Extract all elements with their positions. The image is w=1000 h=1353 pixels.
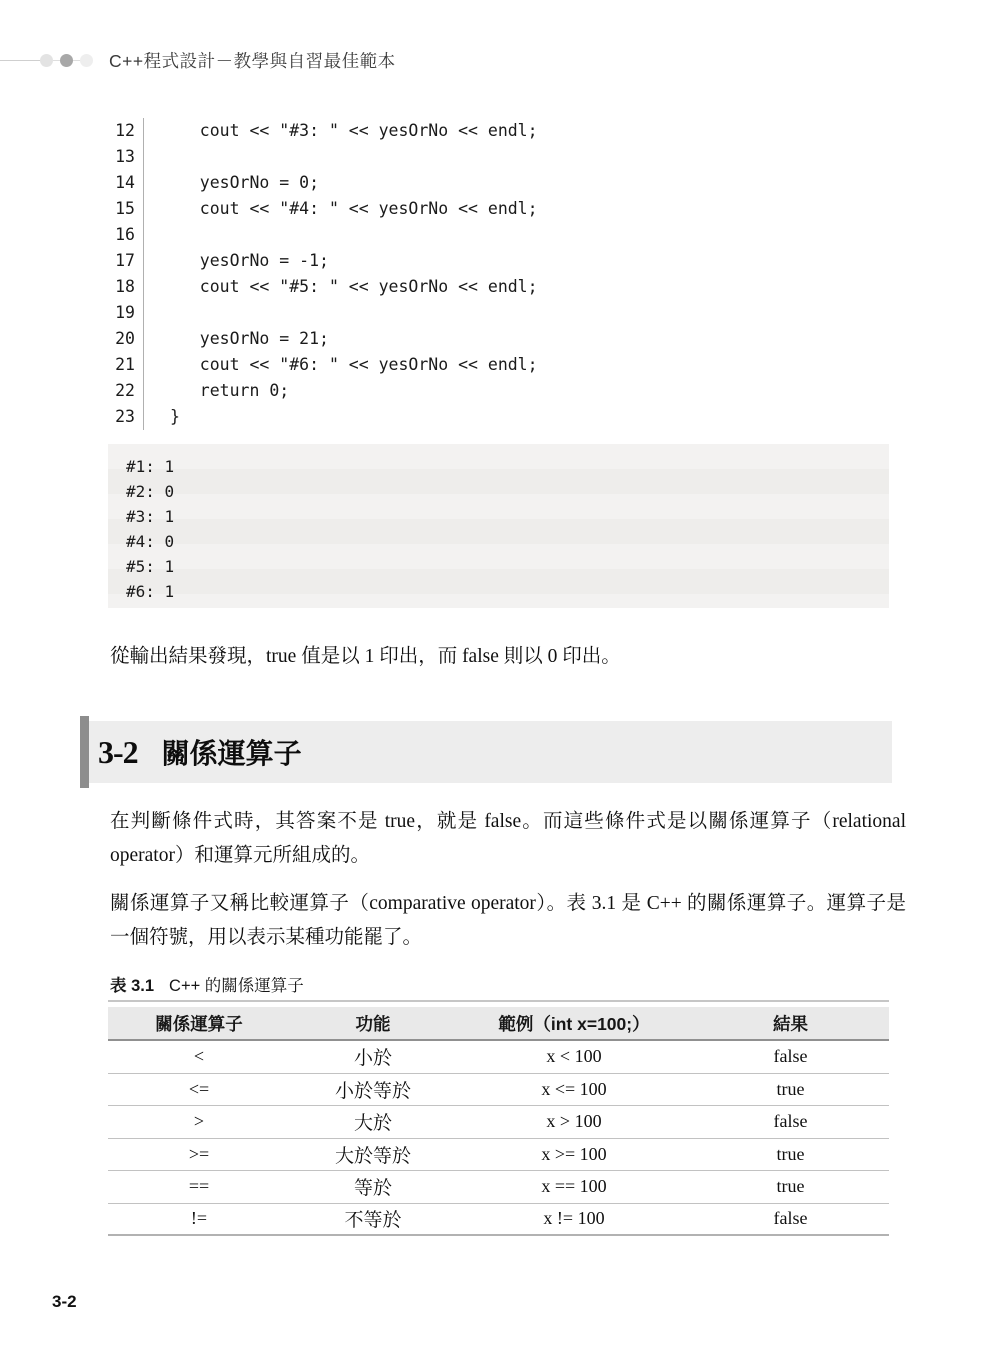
- code-line: 19: [110, 300, 538, 326]
- header-rule: [0, 60, 40, 61]
- result-cell: true: [692, 1176, 889, 1197]
- header-dot-icon: [40, 54, 53, 67]
- output-line: #1: 1: [126, 454, 889, 479]
- operator-cell: >=: [108, 1144, 290, 1165]
- operator-cell: <=: [108, 1079, 290, 1100]
- line-number: 23: [110, 404, 144, 430]
- table-row: < 小於 x < 100 false: [108, 1041, 889, 1074]
- section-heading: 3-2 關係運算子: [89, 721, 892, 783]
- operator-cell: !=: [108, 1208, 290, 1229]
- table-row: >= 大於等於 x >= 100 true: [108, 1139, 889, 1172]
- header-dash: [73, 60, 80, 61]
- program-output-block: #1: 1 #2: 0 #3: 1 #4: 0 #5: 1 #6: 1: [108, 444, 889, 608]
- table-row: == 等於 x == 100 true: [108, 1171, 889, 1204]
- result-cell: true: [692, 1079, 889, 1100]
- example-cell: x != 100: [456, 1208, 692, 1229]
- output-line: #5: 1: [126, 554, 889, 579]
- line-number: 12: [110, 118, 144, 144]
- result-cell: false: [692, 1208, 889, 1229]
- line-number: 19: [110, 300, 144, 326]
- code-line: 12 cout << "#3: " << yesOrNo << endl;: [110, 118, 538, 144]
- line-number: 14: [110, 170, 144, 196]
- code-line: 13: [110, 144, 538, 170]
- table-row: > 大於 x > 100 false: [108, 1106, 889, 1139]
- header-dot-icon: [80, 54, 93, 67]
- code-line: 22 return 0;: [110, 378, 538, 404]
- output-line: #4: 0: [126, 529, 889, 554]
- code-line: 18 cout << "#5: " << yesOrNo << endl;: [110, 274, 538, 300]
- line-number: 16: [110, 222, 144, 248]
- code-text: yesOrNo = 21;: [144, 326, 329, 352]
- relational-operators-table: 關係運算子 功能 範例（int x=100;） 結果 < 小於 x < 100 …: [108, 1000, 889, 1236]
- example-cell: x >= 100: [456, 1144, 692, 1165]
- code-line: 21 cout << "#6: " << yesOrNo << endl;: [110, 352, 538, 378]
- line-number: 17: [110, 248, 144, 274]
- table-header-row: 關係運算子 功能 範例（int x=100;） 結果: [108, 1007, 889, 1041]
- function-cell: 大於等於: [290, 1141, 456, 1168]
- result-cell: false: [692, 1046, 889, 1067]
- code-line: 20 yesOrNo = 21;: [110, 326, 538, 352]
- example-cell: x == 100: [456, 1176, 692, 1197]
- code-text: cout << "#5: " << yesOrNo << endl;: [144, 274, 538, 300]
- line-number: 22: [110, 378, 144, 404]
- paragraph-intro-1: 在判斷條件式時，其答案不是 true，就是 false。而這些條件式是以關係運算…: [110, 805, 906, 873]
- output-line: #3: 1: [126, 504, 889, 529]
- section-title: 關係運算子: [162, 732, 302, 772]
- code-line: 17 yesOrNo = -1;: [110, 248, 538, 274]
- result-cell: false: [692, 1111, 889, 1132]
- code-text: [144, 144, 170, 170]
- table-caption: 表 3.1 C++ 的關係運算子: [110, 972, 304, 996]
- function-cell: 等於: [290, 1173, 456, 1200]
- operator-cell: <: [108, 1046, 290, 1067]
- column-header: 關係運算子: [108, 1011, 290, 1036]
- table-caption-label: 表 3.1: [110, 972, 154, 996]
- section-number: 3-2: [98, 734, 138, 771]
- section-heading-bar: [80, 716, 89, 788]
- result-cell: true: [692, 1144, 889, 1165]
- code-text: cout << "#6: " << yesOrNo << endl;: [144, 352, 538, 378]
- code-text: [144, 222, 170, 248]
- example-cell: x > 100: [456, 1111, 692, 1132]
- code-text: cout << "#3: " << yesOrNo << endl;: [144, 118, 538, 144]
- operator-cell: ==: [108, 1176, 290, 1197]
- page-number: 3-2: [52, 1292, 77, 1312]
- header-dot-icon: [60, 54, 73, 67]
- line-number: 15: [110, 196, 144, 222]
- code-text: cout << "#4: " << yesOrNo << endl;: [144, 196, 538, 222]
- table-caption-text: C++ 的關係運算子: [169, 972, 304, 996]
- header-dash: [53, 60, 60, 61]
- operator-cell: >: [108, 1111, 290, 1132]
- code-text: yesOrNo = -1;: [144, 248, 329, 274]
- output-line: #2: 0: [126, 479, 889, 504]
- table-row: <= 小於等於 x <= 100 true: [108, 1074, 889, 1107]
- function-cell: 小於: [290, 1043, 456, 1070]
- code-line: 15 cout << "#4: " << yesOrNo << endl;: [110, 196, 538, 222]
- column-header: 範例（int x=100;）: [456, 1011, 692, 1036]
- book-title: C++程式設計－教學與自習最佳範本: [109, 48, 396, 73]
- line-number: 21: [110, 352, 144, 378]
- paragraph-intro-2: 關係運算子又稱比較運算子（comparative operator）。表 3.1…: [110, 887, 906, 955]
- code-text: [144, 300, 170, 326]
- output-line: #6: 1: [126, 579, 889, 604]
- code-text: return 0;: [144, 378, 289, 404]
- code-text: yesOrNo = 0;: [144, 170, 319, 196]
- running-header: C++程式設計－教學與自習最佳範本: [0, 47, 396, 73]
- example-cell: x <= 100: [456, 1079, 692, 1100]
- line-number: 20: [110, 326, 144, 352]
- line-number: 13: [110, 144, 144, 170]
- column-header: 結果: [692, 1011, 889, 1036]
- column-header: 功能: [290, 1011, 456, 1036]
- code-line: 16: [110, 222, 538, 248]
- paragraph-after-output: 從輸出結果發現，true 值是以 1 印出，而 false 則以 0 印出。: [110, 640, 906, 674]
- table-row: != 不等於 x != 100 false: [108, 1204, 889, 1237]
- function-cell: 不等於: [290, 1205, 456, 1232]
- code-text: }: [144, 404, 180, 430]
- code-line: 14 yesOrNo = 0;: [110, 170, 538, 196]
- function-cell: 大於: [290, 1108, 456, 1135]
- example-cell: x < 100: [456, 1046, 692, 1067]
- code-listing: 12 cout << "#3: " << yesOrNo << endl; 13…: [110, 118, 538, 430]
- line-number: 18: [110, 274, 144, 300]
- function-cell: 小於等於: [290, 1076, 456, 1103]
- code-line: 23}: [110, 404, 538, 430]
